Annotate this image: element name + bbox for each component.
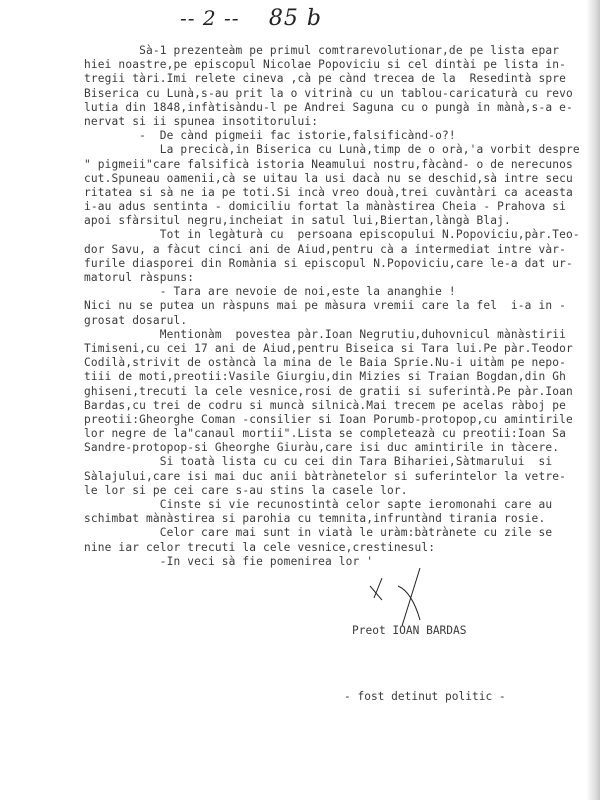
text-line: hiei noastre,pe episcopul Nicolae Popovi… <box>84 58 600 72</box>
handwritten-page-number: -- 2 -- 85 b <box>180 6 322 31</box>
text-line: lor negre de la"canaul mortii".Lista se … <box>84 427 600 441</box>
text-line: - Tara are nevoie de noi,este la ananghi… <box>84 285 600 299</box>
text-line: matorul ràspuns: <box>84 271 600 285</box>
page-number: 2 <box>203 6 217 30</box>
page-number-left-dashes: -- <box>180 6 196 30</box>
text-line: nine iar celor trecuti la cele vesnice,c… <box>84 541 600 555</box>
page-number-right-dashes: -- <box>224 6 240 30</box>
text-line: Biserica cu Lunà,s-au prit la o vitrinà … <box>84 87 600 101</box>
text-line: Codilà,strivit de ostàncà la mina de le … <box>84 356 600 370</box>
text-line: le lor si pe cei care s-au stins la case… <box>84 484 600 498</box>
text-line: grosat dosarul. <box>84 314 600 328</box>
text-line: Timiseni,cu cei 17 ani de Aiud,pentru Bi… <box>84 342 600 356</box>
text-line: Nici nu se putea un ràspuns mai pe màsur… <box>84 299 600 313</box>
text-line: dor Savu, a fàcut cinci ani de Aiud,pent… <box>84 243 600 257</box>
text-line: Mentionàm povestea pàr.Ioan Negrutiu,duh… <box>84 328 600 342</box>
text-line: apoi sfàrsitul negru,incheiat in satul l… <box>84 214 600 228</box>
text-line: tiii de moti,preotii:Vasile Giurgiu,din … <box>84 370 600 384</box>
text-line: i-au adus sentinta - domiciliu fortat la… <box>84 200 600 214</box>
text-line: Cinste si vie recunostintà celor sapte i… <box>84 498 600 512</box>
text-line: - De cànd pigmeii fac istorie,falsificàn… <box>84 129 600 143</box>
text-line: ritatea si sà ne ia pe toti.Si incà vreo… <box>84 186 600 200</box>
text-line: tregii tàri.Imi relete cineva ,cà pe càn… <box>84 72 600 86</box>
signature-name: Preot IOAN BARDAS <box>352 620 506 642</box>
signature-title: - fost detinut politic - <box>344 686 506 708</box>
text-line: schimbat mànàstirea si parohia cu temnit… <box>84 512 600 526</box>
text-line: Sà-1 prezenteàm pe primul comtrarevoluti… <box>84 44 600 58</box>
text-line: preotii:Gheorghe Coman -consilier si Ioa… <box>84 413 600 427</box>
signature-block: Preot IOAN BARDAS - fost detinut politic… <box>352 576 506 730</box>
text-line: cut.Spuneau oamenii,cà se uitau la usi d… <box>84 172 600 186</box>
text-line: Celor care mai sunt in viatà le uràm:bàt… <box>84 526 600 540</box>
text-line: Sàlajului,care isi mai duc anii bàtrànet… <box>84 470 600 484</box>
text-line: lutia din 1848,infàtisàndu-l pe Andrei S… <box>84 101 600 115</box>
typed-letter-body: Sà-1 prezenteàm pe primul comtrarevoluti… <box>84 44 600 569</box>
text-line: ghiseni,trecuti la cele vesnice,rosi de … <box>84 385 600 399</box>
text-line: " pigmeii"care falsificà istoria Neamulu… <box>84 158 600 172</box>
text-line: nervat si ii spunea insotitorului: <box>84 115 600 129</box>
text-line: furile diasporei din Romània si episcopu… <box>84 257 600 271</box>
text-line: Bardas,cu trei de codru si muncà silnicà… <box>84 399 600 413</box>
folio-number: 85 b <box>269 6 322 31</box>
text-line: Si toatà lista cu cu cei din Tara Bihari… <box>84 455 600 469</box>
text-line: Sandre-protopop-si Gheorghe Giuràu,care … <box>84 441 600 455</box>
text-line: Tot in legàturà cu persoana episcopului … <box>84 228 600 242</box>
text-line: La precicà,in Biserica cu Lunà,timp de o… <box>84 143 600 157</box>
text-line: -In veci sà fie pomenirea lor ' <box>84 555 600 569</box>
